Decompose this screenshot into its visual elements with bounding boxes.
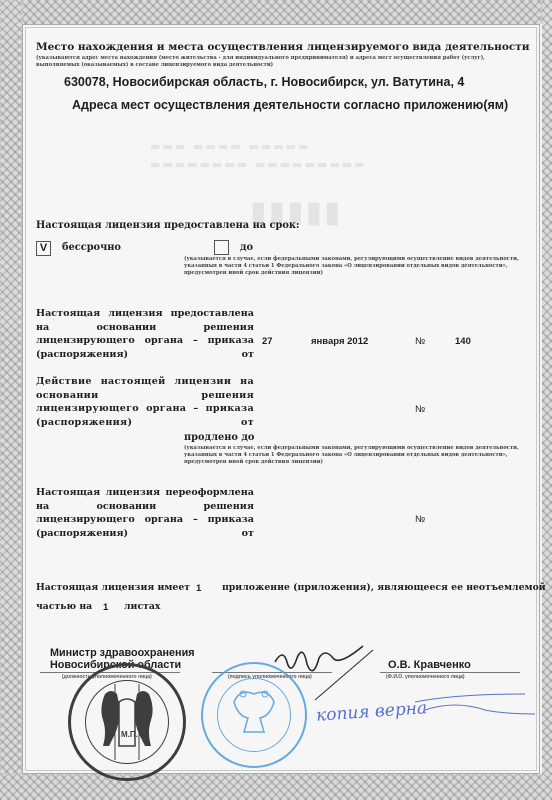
location-heading: Место нахождения и места осуществления л… bbox=[36, 41, 530, 53]
appendix-text-before: Настоящая лицензия имеет bbox=[36, 582, 190, 593]
appendix-line2-after: листах bbox=[124, 601, 160, 612]
show-through-texture: ▬▬▬▬▬▬▬▬ ▬▬▬▬▬▬▬▬▬ bbox=[150, 158, 367, 171]
granted-number-sign: № bbox=[415, 336, 425, 347]
extended-note: (указывается в случае, если федеральными… bbox=[184, 445, 530, 466]
guilloche-border-left bbox=[0, 0, 22, 800]
reissued-number-sign: № bbox=[415, 514, 425, 525]
checkbox-unlimited[interactable]: V bbox=[36, 241, 51, 256]
location-note-line1: (указываются адрес места нахождения (мес… bbox=[36, 55, 536, 62]
appendix-text-after: приложение (приложения), являющееся ее н… bbox=[222, 582, 546, 593]
location-note: (указываются адрес места нахождения (мес… bbox=[36, 55, 536, 69]
location-note-line2: выполняемых (оказываемых) в составе лице… bbox=[36, 62, 536, 69]
licensee-address: 630078, Новосибирская область, г. Новоси… bbox=[64, 75, 464, 89]
granted-number: 140 bbox=[455, 336, 471, 347]
granted-month-year: января 2012 bbox=[311, 336, 368, 347]
granted-day: 27 bbox=[262, 336, 273, 347]
appendix-line2-before: частью на bbox=[36, 601, 92, 612]
term-note: (указывается в случае, если федеральными… bbox=[184, 256, 530, 277]
granted-label: Настоящая лицензия предоставлена на осно… bbox=[36, 307, 254, 361]
sheet-count: 1 bbox=[103, 602, 108, 613]
show-through-texture: ▬▬▬ ▬▬▬▬ ▬▬▬▬▬ bbox=[150, 140, 310, 153]
ministry-seal-stamp: М.П. bbox=[68, 663, 186, 781]
extended-number-sign: № bbox=[415, 404, 425, 415]
term-heading: Настоящая лицензия предоставлена на срок… bbox=[36, 220, 300, 231]
guilloche-border-top bbox=[0, 0, 552, 24]
addresses-appendix-note: Адреса мест осуществления деятельности с… bbox=[72, 98, 508, 112]
coat-of-arms-icon bbox=[71, 666, 183, 778]
license-page: ▬▬▬ ▬▬▬▬ ▬▬▬▬▬ ▬▬▬▬▬▬▬▬ ▬▬▬▬▬▬▬▬▬ ▮▮▮▮▮ … bbox=[0, 0, 552, 800]
extended-label: Действие настоящей лицензии на основании… bbox=[36, 375, 254, 429]
stamp-mp-label: М.П. bbox=[121, 730, 138, 739]
reissued-label: Настоящая лицензия переоформлена на осно… bbox=[36, 486, 254, 540]
signer-position-line1: Министр здравоохранения bbox=[50, 647, 195, 659]
extended-until-label: продлено до bbox=[184, 432, 254, 443]
appendix-count: 1 bbox=[196, 583, 201, 594]
guilloche-border-right bbox=[542, 0, 552, 800]
option-unlimited-label: бессрочно bbox=[62, 242, 121, 253]
handwritten-signature bbox=[255, 640, 535, 740]
option-until-label: до bbox=[240, 242, 253, 253]
checkbox-until[interactable] bbox=[214, 240, 229, 255]
